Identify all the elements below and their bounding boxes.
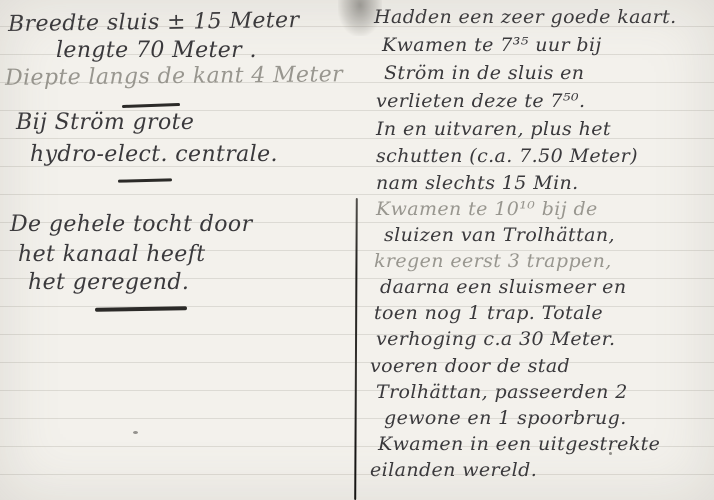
handwritten-line: toen nog 1 trap. Totale	[374, 302, 603, 324]
right-page: Hadden een zeer goede kaart. Kwamen te 7…	[364, 0, 714, 500]
handwritten-line: verlieten deze te 7⁵⁰.	[376, 90, 585, 112]
underline-stroke	[118, 178, 172, 182]
handwritten-line: eilanden wereld.	[370, 459, 537, 481]
handwritten-line: nam slechts 15 Min.	[376, 172, 579, 194]
page-fold-line	[354, 198, 358, 500]
handwritten-line: Trolhättan, passeerden 2	[376, 381, 628, 403]
handwritten-line: verhoging c.a 30 Meter.	[376, 328, 616, 350]
handwritten-line: Kwamen in een uitgestrekte	[378, 433, 660, 455]
handwritten-line: sluizen van Trolhättan,	[384, 224, 615, 246]
handwritten-line: In en uitvaren, plus het	[376, 118, 611, 140]
handwritten-line-pencil: Kwamen te 10¹⁰ bij de	[376, 198, 598, 220]
handwritten-line: De gehele tocht door	[10, 212, 253, 237]
handwritten-line: voeren door de stad	[370, 355, 570, 377]
underline-stroke	[122, 103, 180, 108]
paper-speck	[609, 452, 612, 455]
handwritten-line: lengte 70 Meter .	[56, 38, 257, 63]
left-page: Breedte sluis ± 15 Meter lengte 70 Meter…	[0, 0, 356, 500]
underline-stroke	[95, 306, 187, 312]
handwritten-line: het geregend.	[28, 270, 189, 295]
handwritten-line: Hadden een zeer goede kaart.	[374, 6, 677, 28]
handwritten-line: schutten (c.a. 7.50 Meter)	[376, 145, 638, 167]
handwritten-line: Kwamen te 7³⁵ uur bij	[382, 34, 602, 56]
handwritten-line: daarna een sluismeer en	[380, 276, 626, 298]
paper-speck	[133, 431, 138, 434]
handwritten-line: het kanaal heeft	[18, 242, 206, 267]
handwritten-line: Ström in de sluis en	[384, 62, 584, 84]
notebook-scan: Breedte sluis ± 15 Meter lengte 70 Meter…	[0, 0, 714, 500]
handwritten-line: Breedte sluis ± 15 Meter	[8, 8, 300, 37]
handwritten-line-pencil: Diepte langs de kant 4 Meter	[5, 62, 343, 91]
handwritten-line: Bij Ström grote	[16, 110, 194, 135]
handwritten-line-pencil: kregen eerst 3 trappen,	[374, 250, 612, 272]
handwritten-line: hydro-elect. centrale.	[30, 142, 278, 167]
handwritten-line: gewone en 1 spoorbrug.	[384, 407, 627, 429]
